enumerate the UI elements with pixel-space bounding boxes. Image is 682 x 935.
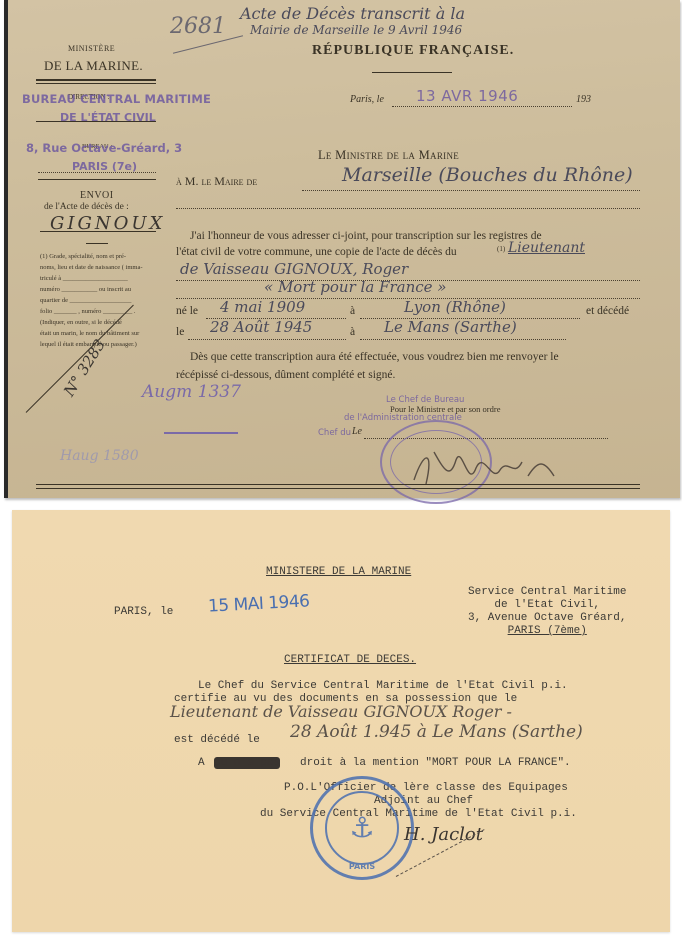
died-at-label: à: [350, 326, 355, 338]
bureau-stamp-line2: DE L'ÉTAT CIVIL: [60, 111, 156, 124]
died-le-label: le: [176, 326, 184, 338]
certificate-line-1: Le Chef du Service Central Maritime de l…: [198, 680, 568, 692]
bureau-stamp-line1: BUREAU CENTRAL MARITIME: [22, 92, 211, 106]
envoi-subtitle: de l'Acte de décès de :: [44, 202, 129, 212]
deces-transmission-form: 2681 Acte de Décès transcrit à la Mairie…: [4, 0, 680, 498]
service-address-block: Service Central Maritime de l'Etat Civil…: [468, 586, 626, 638]
died-place-line: [360, 339, 566, 340]
header-rule: [36, 79, 156, 81]
pencil-underline: [164, 432, 238, 434]
certificate-title: CERTIFICAT DE DECES.: [284, 654, 416, 666]
certificate-place-label: PARIS, le: [114, 606, 173, 618]
recipient-line: [302, 190, 640, 191]
footnote-line: triculé à ____________________: [40, 273, 143, 284]
mention-prefix: A: [198, 757, 205, 769]
strike-rule: [36, 121, 156, 122]
service-line: de l'Etat Civil,: [468, 599, 626, 612]
footnote-block: (1) Grade, spécialité, nom et pré- noms,…: [40, 251, 143, 350]
died-date-line: [188, 339, 346, 340]
ministry-small-heading: MINISTÈRE: [68, 44, 115, 53]
date-stamp: 13 AVR 1946: [416, 87, 518, 105]
died-label: et décédé: [586, 305, 629, 317]
chef-du-stamp: Chef du: [318, 428, 351, 438]
header-rule-thin: [36, 83, 156, 84]
pencil-note-augm: Augm 1337: [142, 382, 241, 402]
footnote-ref: (1): [497, 245, 505, 253]
born-date: 4 mai 1909: [220, 298, 305, 316]
paragraph-2-line1: Dès que cette transcription aura été eff…: [190, 351, 559, 363]
republic-rule: [372, 72, 452, 73]
footnote-line: quartier de ___________________: [40, 295, 143, 306]
republic-heading: RÉPUBLIQUE FRANÇAISE.: [312, 43, 514, 59]
deceased-rank: Lieutenant: [508, 240, 585, 256]
born-label: né le: [176, 305, 198, 317]
envoi-separator: [86, 243, 108, 244]
bureau-stamp-address: 8, Rue Octave-Gréard, 3: [26, 141, 182, 155]
paragraph-1-line1: J'ai l'honneur de vous adresser ci-joint…: [190, 230, 542, 242]
footnote-line: numéro ___________ ou inscrit au: [40, 284, 143, 295]
date-line: [392, 106, 572, 107]
anchor-icon: ⚓: [313, 811, 411, 844]
dotted-rule: [38, 172, 156, 173]
header-rule-2: [38, 179, 156, 180]
transcription-note-line1: Acte de Décès transcrit à la: [240, 4, 465, 23]
ministry-heading: DE LA MARINE.: [44, 58, 143, 74]
certificate-death-details: 28 Août 1.945 à Le Mans (Sarthe): [290, 722, 583, 742]
pencil-file-number: 2681: [170, 14, 226, 39]
certificate-death-prefix: est décédé le: [174, 734, 260, 746]
round-stamp-blue: ⚓ PARIS: [310, 776, 414, 880]
envoi-title: ENVOI: [80, 190, 114, 201]
stamp-paris-text: PARIS: [313, 862, 411, 871]
certificate-date-stamp: 15 MAI 1946: [208, 591, 310, 616]
death-certificate: MINISTERE DE LA MARINE PARIS, le 15 MAI …: [12, 510, 670, 932]
service-line: PARIS (7ème): [468, 625, 626, 638]
struck-out-text: ou n'a pas: [214, 757, 280, 769]
recipient-line-2: [176, 208, 640, 209]
certificate-ministry: MINISTERE DE LA MARINE: [266, 566, 411, 578]
service-line: Service Central Maritime: [468, 586, 626, 599]
sender-heading: Le Ministre de la Marine: [318, 148, 459, 163]
mention-suffix: droit à la mention "MORT POUR LA FRANCE"…: [300, 757, 571, 769]
recipient-label: à M. le Maire de: [176, 174, 257, 189]
footnote-line: (1) Grade, spécialité, nom et pré-: [40, 251, 143, 262]
year-suffix: 193: [576, 94, 591, 105]
footnote-line: (Indiquer, en outre, si le décédé: [40, 317, 143, 328]
born-at-label: à: [350, 305, 355, 317]
footnote-line: noms, lieu et date de naissance ( imma-: [40, 262, 143, 273]
transcription-note-line2: Mairie de Marseille le 9 Avril 1946: [250, 23, 462, 37]
place-label: Paris, le: [350, 94, 384, 105]
recipient-value: Marseille (Bouches du Rhône): [342, 164, 633, 186]
pencil-note-haug: Haug 1580: [60, 448, 139, 464]
bottom-rule-2: [36, 488, 640, 489]
deceased-name-line: de Vaisseau GIGNOUX, Roger: [180, 260, 408, 278]
paragraph-1-line2: l'état civil de votre commune, une copie…: [176, 246, 457, 258]
signatory-line-3: du Service Central Maritime de l'Etat Ci…: [260, 808, 577, 820]
bottom-rule: [36, 484, 640, 485]
died-place: Le Mans (Sarthe): [384, 318, 517, 336]
le-label: Le: [352, 426, 362, 437]
certificate-deceased-name: Lieutenant de Vaisseau GIGNOUX Roger -: [170, 702, 512, 721]
mort-pour-la-france-note: « Mort pour la France »: [264, 278, 446, 296]
envoi-name-rule: [40, 231, 156, 232]
service-line: 3, Avenue Octave Gréard,: [468, 612, 626, 625]
born-place: Lyon (Rhône): [404, 298, 506, 316]
died-date: 28 Août 1945: [210, 318, 312, 336]
footnote-line: était un marin, le nom du bâtiment sur: [40, 328, 143, 339]
paragraph-2-line2: récépissé ci-dessous, dûment complété et…: [176, 369, 395, 381]
